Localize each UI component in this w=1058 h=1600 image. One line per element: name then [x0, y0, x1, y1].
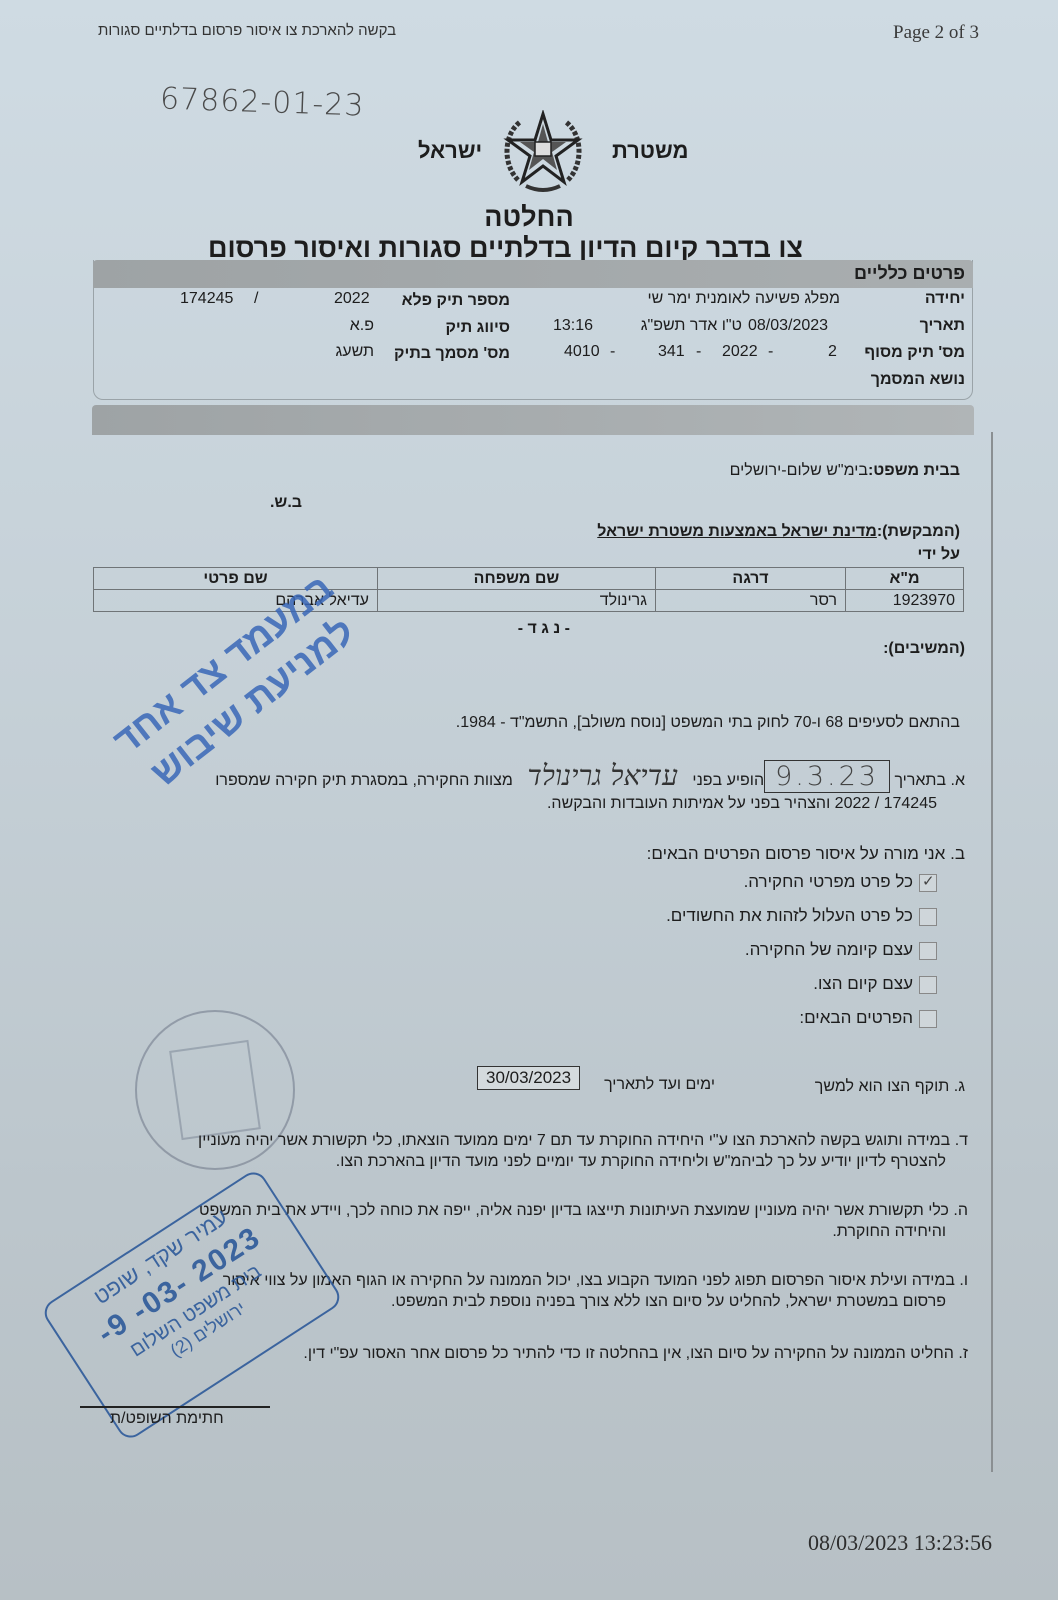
applicant-line: (המבקשת):מדינת ישראל באמצעות משטרת ישראל — [560, 523, 960, 541]
checkbox-checked[interactable] — [919, 874, 937, 892]
classification-label: סיווג תיק — [400, 319, 510, 337]
decision-title: החלטה — [0, 202, 1058, 233]
option-label: עצם קיום הצו. — [813, 974, 913, 993]
section-b-intro: ב. אני מורה על איסור פרסום הפרטים הבאים: — [600, 843, 965, 864]
respondents-label: (המשיבים): — [840, 640, 965, 658]
option-existence-order[interactable]: עצם קיום הצו. — [500, 974, 937, 994]
validity-label: תוקף הצו הוא למשך — [815, 1078, 950, 1095]
section-a-text-3: מצוות החקירה, במסגרת תיק חקירה שמספרו — [215, 772, 513, 789]
section-b-marker: ב. — [950, 844, 965, 863]
section-g-text-1: ג. תוקף הצו הוא למשך — [790, 1076, 965, 1097]
until-date-label: ימים ועד לתאריך — [590, 1074, 715, 1095]
hebrew-date-value: ט"ו אדר תשפ"ג — [620, 317, 742, 335]
seal-emblem-icon — [169, 1040, 261, 1140]
appearance-date-field: 9.3.23 — [764, 760, 890, 793]
section-h-marker: ה. — [953, 1202, 968, 1219]
option-investigation-details[interactable]: כל פרט מפרטי החקירה. — [500, 872, 937, 892]
cell-last-name: גרינולד — [378, 590, 656, 612]
brand-israel: ישראל — [418, 138, 482, 164]
pla-year: 2022 — [334, 290, 370, 308]
option-following-details[interactable]: הפרטים הבאים: — [500, 1008, 937, 1028]
checkbox[interactable] — [919, 1010, 937, 1028]
signature-line — [80, 1406, 270, 1408]
until-date-field[interactable]: 30/03/2023 — [477, 1066, 580, 1090]
applicant-value: מדינת ישראל באמצעות משטרת ישראל — [597, 523, 877, 540]
body-frame-border — [991, 432, 993, 1472]
section-v-marker: ו. — [959, 1272, 968, 1289]
doc-number-label: מס' מסמך בתיק — [380, 345, 510, 363]
section-a-text-2: הופיע בפני — [692, 772, 764, 789]
print-timestamp: 08/03/2023 13:23:56 — [808, 1530, 992, 1556]
checkbox[interactable] — [919, 976, 937, 994]
body-frame-bar — [92, 405, 974, 435]
page-indicator: Page 2 of 3 — [893, 22, 979, 44]
legal-basis: בהתאם לסעיפים 68 ו-70 לחוק בתי המשפט [נו… — [400, 712, 960, 733]
officer-table-header: מ"א דרגה שם משפחה שם פרטי — [94, 568, 964, 590]
option-label: עצם קיומה של החקירה. — [745, 940, 913, 959]
col-last-name: שם משפחה — [378, 568, 656, 590]
officer-table: מ"א דרגה שם משפחה שם פרטי 1923970 רסר גר… — [93, 567, 964, 612]
classification-value: פ.א — [330, 317, 374, 335]
doc-number-value: תשעג — [320, 343, 374, 361]
section-b-intro-text: אני מורה על איסור פרסום הפרטים הבאים: — [647, 844, 946, 863]
aux-file-part-4: 4010 — [564, 343, 600, 361]
aux-file-part-2: 2022 — [722, 343, 758, 361]
section-d-line-1: במידה ותוגש בקשה להארכת הצו ע"י היחידה ה… — [198, 1132, 950, 1149]
judge-signature-label: חתימת השופט/ת — [110, 1410, 224, 1428]
section-d: ד. במידה ותוגש בקשה להארכת הצו ע"י היחיד… — [100, 1130, 968, 1172]
pla-number: 174245 — [180, 290, 233, 308]
section-a-line-1: א. בתאריך 9.3.23הופיע בפני עדיאל גרינולד… — [205, 765, 965, 791]
court-abbr: ב.ש. — [260, 494, 302, 512]
aux-sep: - — [696, 343, 701, 361]
court-label: בבית משפט: — [868, 462, 960, 479]
aux-sep: - — [768, 343, 773, 361]
brand-police: משטרת — [612, 138, 688, 164]
option-label: כל פרט מפרטי החקירה. — [744, 872, 913, 891]
section-d-marker: ד. — [955, 1132, 968, 1149]
cell-rank: רסר — [656, 590, 846, 612]
handwritten-case-number: 67862-01-23 — [159, 81, 365, 123]
section-h-line-1: כלי תקשורת אשר יהיה מעוניין שמועצת העיתו… — [199, 1202, 949, 1219]
section-d-line-2: להצטרף לדיון יודיע על כך לביהמ"ש וליחידה… — [100, 1151, 968, 1172]
col-rank: דרגה — [656, 568, 846, 590]
aux-file-part-3: 341 — [658, 343, 685, 361]
date-value: 08/03/2023 — [748, 317, 828, 335]
officer-handwritten-name: עדיאל גרינולד — [527, 759, 678, 792]
court-line: בבית משפט:בימ"ש שלום-ירושלים — [600, 462, 960, 480]
option-label: הפרטים הבאים: — [799, 1008, 913, 1027]
applicant-label: (המבקשת): — [877, 523, 960, 540]
cell-id: 1923970 — [846, 590, 964, 612]
unit-label: יחידה — [880, 290, 965, 308]
date-label: תאריך — [880, 317, 965, 335]
table-row: 1923970 רסר גרינולד עדיאל אברהם — [94, 590, 964, 612]
checkbox[interactable] — [919, 942, 937, 960]
col-id: מ"א — [846, 568, 964, 590]
section-a-text-1: בתאריך — [894, 772, 946, 789]
section-g-marker: ג. — [954, 1078, 965, 1095]
option-label: כל פרט העלול לזהות את החשודים. — [666, 906, 913, 925]
section-a-line-2: 174245 / 2022 והצהיר בפני על אמיתות העוב… — [500, 793, 937, 814]
aux-file-label: מס' תיק מסוף — [840, 344, 965, 362]
pla-separator: / — [254, 290, 258, 308]
general-details-title: פרטים כלליים — [820, 263, 965, 284]
option-existence-investigation[interactable]: עצם קיומה של החקירה. — [500, 940, 937, 960]
by-label: על ידי — [880, 546, 960, 564]
form-name-header: בקשה להארכת צו איסור פרסום בדלתיים סגורו… — [98, 22, 396, 39]
time-value: 13:16 — [553, 317, 593, 335]
subject-label: נושא המסמך — [840, 371, 965, 389]
section-z-marker: ז. — [958, 1345, 968, 1362]
unit-value: מפלג פשיעה לאומנית ימר שי — [600, 290, 840, 308]
section-a-marker: א. — [951, 772, 966, 789]
pla-file-label: מספר תיק פלא — [400, 292, 510, 310]
court-value: בימ"ש שלום-ירושלים — [730, 462, 868, 479]
police-emblem-icon — [498, 110, 588, 196]
checkbox[interactable] — [919, 908, 937, 926]
aux-sep: - — [610, 343, 615, 361]
option-identify-suspects[interactable]: כל פרט העלול לזהות את החשודים. — [500, 906, 937, 926]
aux-file-part-1: 2 — [828, 343, 837, 361]
section-z-line-1: החליט הממונה על החקירה על סיום הצו, אין … — [303, 1345, 954, 1362]
versus-label: - נ ג ד - — [490, 620, 570, 638]
